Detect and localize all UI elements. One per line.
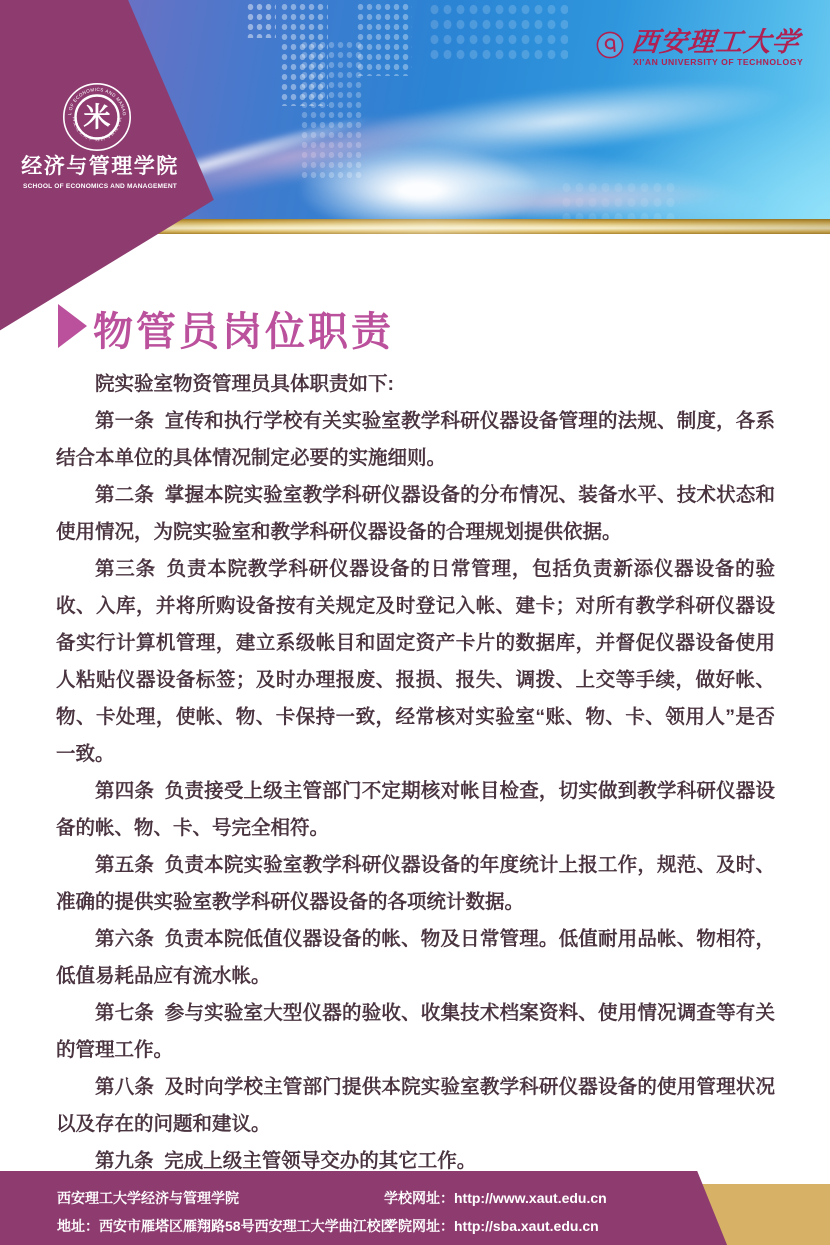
article-text: 负责本院教学科研仪器设备的日常管理，包括负责新添仪器设备的验收、入库，并将所购设… [56, 558, 775, 765]
svg-text:米: 米 [84, 103, 111, 133]
article-text: 完成上级主管领导交办的其它工作。 [164, 1150, 476, 1172]
footer-school-site: 学校网址：http://www.xaut.edu.cn [384, 1184, 607, 1212]
university-seal-icon [596, 31, 624, 59]
article-number: 第四条 [95, 780, 154, 802]
footer-address: 地址：西安市雁塔区雁翔路58号西安理工大学曲江校区 [57, 1212, 395, 1240]
document-body: 院实验室物资管理员具体职责如下: 第一条宣传和执行学校有关实验室教学科研仪器设备… [56, 366, 775, 1217]
article-number: 第八条 [95, 1076, 154, 1098]
article-text: 及时向学校主管部门提供本院实验室教学科研仪器设备的使用管理状况以及存在的问题和建… [56, 1076, 775, 1135]
article-paragraph: 第八条及时向学校主管部门提供本院实验室教学科研仪器设备的使用管理状况以及存在的问… [56, 1069, 775, 1143]
article-paragraph: 第四条负责接受上级主管部门不定期核对帐目检查，切实做到教学科研仪器设备的帐、物、… [56, 773, 775, 847]
dot-matrix-decoration [428, 2, 568, 60]
article-text: 负责接受上级主管部门不定期核对帐目检查，切实做到教学科研仪器设备的帐、物、卡、号… [56, 780, 775, 839]
article-number: 第九条 [95, 1150, 154, 1172]
intro-paragraph: 院实验室物资管理员具体职责如下: [56, 366, 775, 403]
footer-right-column: 学校网址：http://www.xaut.edu.cn 学院网址：http://… [384, 1184, 607, 1240]
article-paragraph: 第三条负责本院教学科研仪器设备的日常管理，包括负责新添仪器设备的验收、入库，并将… [56, 551, 775, 773]
article-text: 宣传和执行学校有关实验室教学科研仪器设备管理的法规、制度，各系结合本单位的具体情… [56, 410, 775, 469]
article-paragraph: 第一条宣传和执行学校有关实验室教学科研仪器设备管理的法规、制度，各系结合本单位的… [56, 403, 775, 477]
university-name-zh: 西安理工大学 [630, 20, 814, 59]
article-paragraph: 第六条负责本院低值仪器设备的帐、物及日常管理。低值耐用品帐、物相符，低值易耗品应… [56, 921, 775, 995]
article-text: 参与实验室大型仪器的验收、收集技术档案资料、使用情况调查等有关的管理工作。 [56, 1002, 775, 1061]
college-name-zh: 经济与管理学院 [14, 150, 186, 180]
dot-matrix-decoration [246, 2, 276, 38]
article-paragraph: 第五条负责本院实验室教学科研仪器设备的年度统计上报工作，规范、及时、准确的提供实… [56, 847, 775, 921]
university-logo: 西安理工大学 XI'AN UNIVERSITY OF TECHNOLOGY [596, 22, 812, 77]
article-text: 负责本院低值仪器设备的帐、物及日常管理。低值耐用品帐、物相符，低值易耗品应有流水… [56, 928, 775, 987]
college-seal-icon: SCHOOL OF ECONOMICS AND MANAGEMENT 西安理工大… [62, 82, 132, 152]
article-text: 掌握本院实验室教学科研仪器设备的分布情况、装备水平、技术状态和使用情况，为院实验… [56, 484, 775, 543]
article-number: 第一条 [95, 410, 154, 432]
arrow-bullet-icon [58, 304, 87, 348]
article-number: 第五条 [95, 854, 154, 876]
footer-college-site: 学院网址：http://sba.xaut.edu.cn [384, 1212, 607, 1240]
dot-matrix-decoration [356, 2, 412, 76]
article-number: 第三条 [95, 558, 156, 580]
footer-college-name: 西安理工大学经济与管理学院 [57, 1184, 395, 1212]
article-paragraph: 第七条参与实验室大型仪器的验收、收集技术档案资料、使用情况调查等有关的管理工作。 [56, 995, 775, 1069]
article-paragraph: 第二条掌握本院实验室教学科研仪器设备的分布情况、装备水平、技术状态和使用情况，为… [56, 477, 775, 551]
article-number: 第七条 [95, 1002, 154, 1024]
article-number: 第二条 [95, 484, 154, 506]
university-name-en: XI'AN UNIVERSITY OF TECHNOLOGY [633, 57, 813, 67]
footer-left-column: 西安理工大学经济与管理学院 地址：西安市雁塔区雁翔路58号西安理工大学曲江校区 [57, 1184, 395, 1240]
page-title: 物管员岗位职责 [93, 300, 394, 357]
article-text: 负责本院实验室教学科研仪器设备的年度统计上报工作，规范、及时、准确的提供实验室教… [56, 854, 775, 913]
article-number: 第六条 [95, 928, 154, 950]
college-name-en: SCHOOL OF ECONOMICS AND MANAGEMENT [10, 183, 190, 190]
